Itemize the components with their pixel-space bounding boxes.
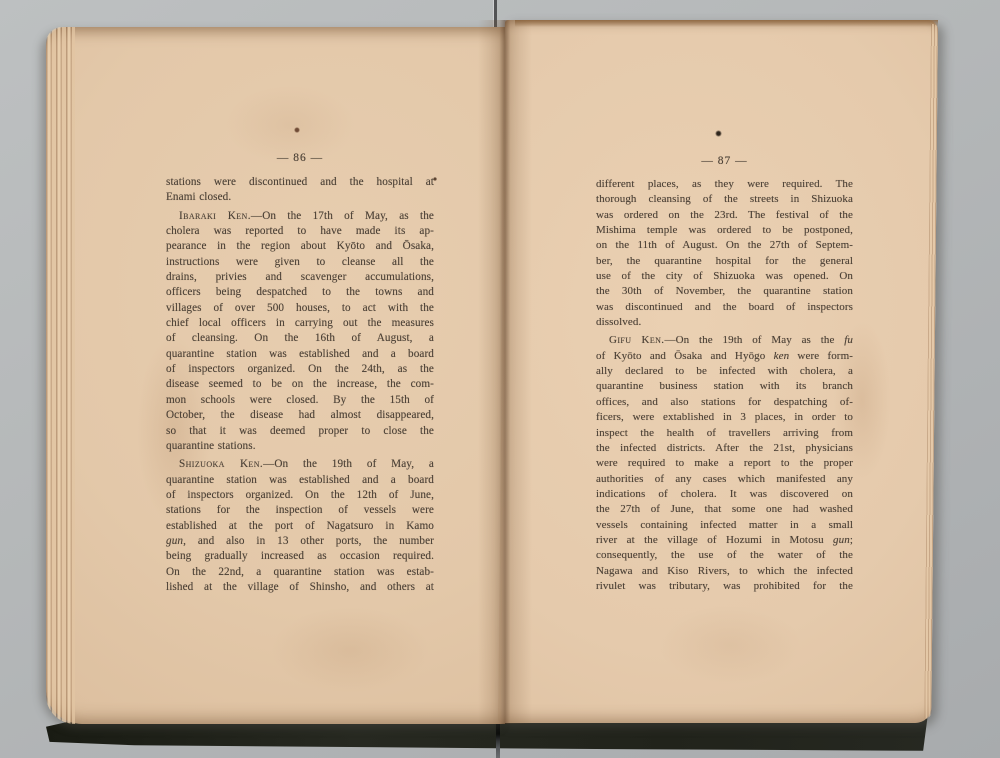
section-heading: Shizuoka Ken. — [179, 458, 263, 470]
page-number-right: — 87 — — [596, 155, 853, 167]
text-line: were required to make a report to the pr… — [596, 456, 853, 471]
text-line: quarantine station was established and a… — [166, 473, 434, 488]
text-line: river at the village of Hozumi in Motosu… — [596, 533, 853, 548]
text-line: consequently, the use of the water of th… — [596, 548, 853, 563]
text-line: vessels containing infected matter in a … — [596, 518, 853, 533]
text-line: villages of over 500 houses, to act with… — [166, 301, 434, 316]
text-line: established at the port of Nagatsuro in … — [166, 519, 434, 534]
text-line: rivulet was tributary, was prohibited fo… — [596, 579, 853, 594]
text-line: lished at the village of Shinsho, and ot… — [166, 580, 434, 595]
text-line: Enami closed. — [166, 190, 434, 205]
section-heading: Ibaraki Ken. — [179, 210, 251, 222]
text-line: chief local officers in carrying out the… — [166, 316, 434, 331]
text-line: Mishima temple was ordered to be postpon… — [596, 223, 853, 238]
text-line: cholera was reported to have made its ap… — [166, 224, 434, 239]
text-line: of Kyōto and Ōsaka and Hyōgo ken were fo… — [596, 349, 853, 364]
italic-term: gun — [166, 535, 183, 547]
italic-term: gun — [833, 534, 850, 546]
text-line: the 27th of June, that some one had wash… — [596, 502, 853, 517]
text-line: the infected districts. After the 21st, … — [596, 441, 853, 456]
page-number-left: — 86 — — [166, 152, 434, 164]
italic-term: fu — [844, 334, 853, 346]
text-line: use of the city of Shizuoka was opened. … — [596, 269, 853, 284]
text-line: authorities of any cases which manifeste… — [596, 472, 853, 487]
text-line: stations for the inspection of vessels w… — [166, 503, 434, 518]
text-line: drains, privies and scavenger accumulati… — [166, 270, 434, 285]
italic-term: ken — [774, 350, 790, 362]
text-line: indications of cholera. It was discovere… — [596, 487, 853, 502]
text-line: of inspectors organized. On the 24th, as… — [166, 362, 434, 377]
text-line: of cleansing. On the 16th of August, a — [166, 331, 434, 346]
text-line: of inspectors organized. On the 12th of … — [166, 488, 434, 503]
text-line: thorough cleansing of the streets in Shi… — [596, 192, 853, 207]
text-line: quarantine stations. — [166, 439, 434, 454]
right-page-text-block: different places, as they were required.… — [596, 177, 853, 594]
text-line: being gradually increased as occasion re… — [166, 549, 434, 564]
text-line: stations were discontinued and the hospi… — [166, 175, 434, 190]
left-page-text-block: stations were discontinued and the hospi… — [166, 175, 434, 595]
fly-speck — [294, 127, 300, 133]
section-heading: Gifu Ken. — [609, 334, 664, 346]
text-line: different places, as they were required.… — [596, 177, 853, 192]
open-book-photograph: — 86 — — 87 — stations were discontinued… — [0, 0, 1000, 758]
text-line: quarantine business station with its bra… — [596, 379, 853, 394]
text-line: disease seemed to be on the increase, th… — [166, 377, 434, 392]
text-line: Shizuoka Ken.—On the 19th of May, a — [166, 457, 434, 472]
text-line: dissolved. — [596, 315, 853, 330]
text-line: the 30th of November, the quarantine sta… — [596, 284, 853, 299]
text-line: pearance in the region about Kyōto and Ō… — [166, 239, 434, 254]
text-line: On the 22nd, a quarantine station was es… — [166, 565, 434, 580]
text-line: ber, the quarantine hospital for the gen… — [596, 254, 853, 269]
text-line: October, the disease had almost disappea… — [166, 408, 434, 423]
fly-speck — [715, 130, 722, 137]
text-line: offices, and also stations for despatchi… — [596, 395, 853, 410]
text-line: was ordered on the 23rd. The festival of… — [596, 208, 853, 223]
text-line: inspect the health of travellers arrivin… — [596, 426, 853, 441]
text-line: Gifu Ken.—On the 19th of May as the fu — [596, 333, 853, 348]
text-line: so that it was deemed proper to close th… — [166, 424, 434, 439]
text-line: Ibaraki Ken.—On the 17th of May, as the — [166, 209, 434, 224]
text-line: gun, and also in 13 other ports, the num… — [166, 534, 434, 549]
text-line: instructions were given to cleanse all t… — [166, 255, 434, 270]
text-line: ally declared to be infected with choler… — [596, 364, 853, 379]
text-line: quarantine station was established and a… — [166, 347, 434, 362]
text-line: ficers, were extablished in 3 places, in… — [596, 410, 853, 425]
book-cradle-divider-bottom — [496, 718, 500, 758]
text-line: on the 11th of August. On the 27th of Se… — [596, 238, 853, 253]
text-line: Nagawa and Kiso Rivers, to which the inf… — [596, 564, 853, 579]
text-line: officers being despatched to the towns a… — [166, 285, 434, 300]
text-line: mon schools were closed. By the 15th of — [166, 393, 434, 408]
text-line: was discontinued and the board of inspec… — [596, 300, 853, 315]
